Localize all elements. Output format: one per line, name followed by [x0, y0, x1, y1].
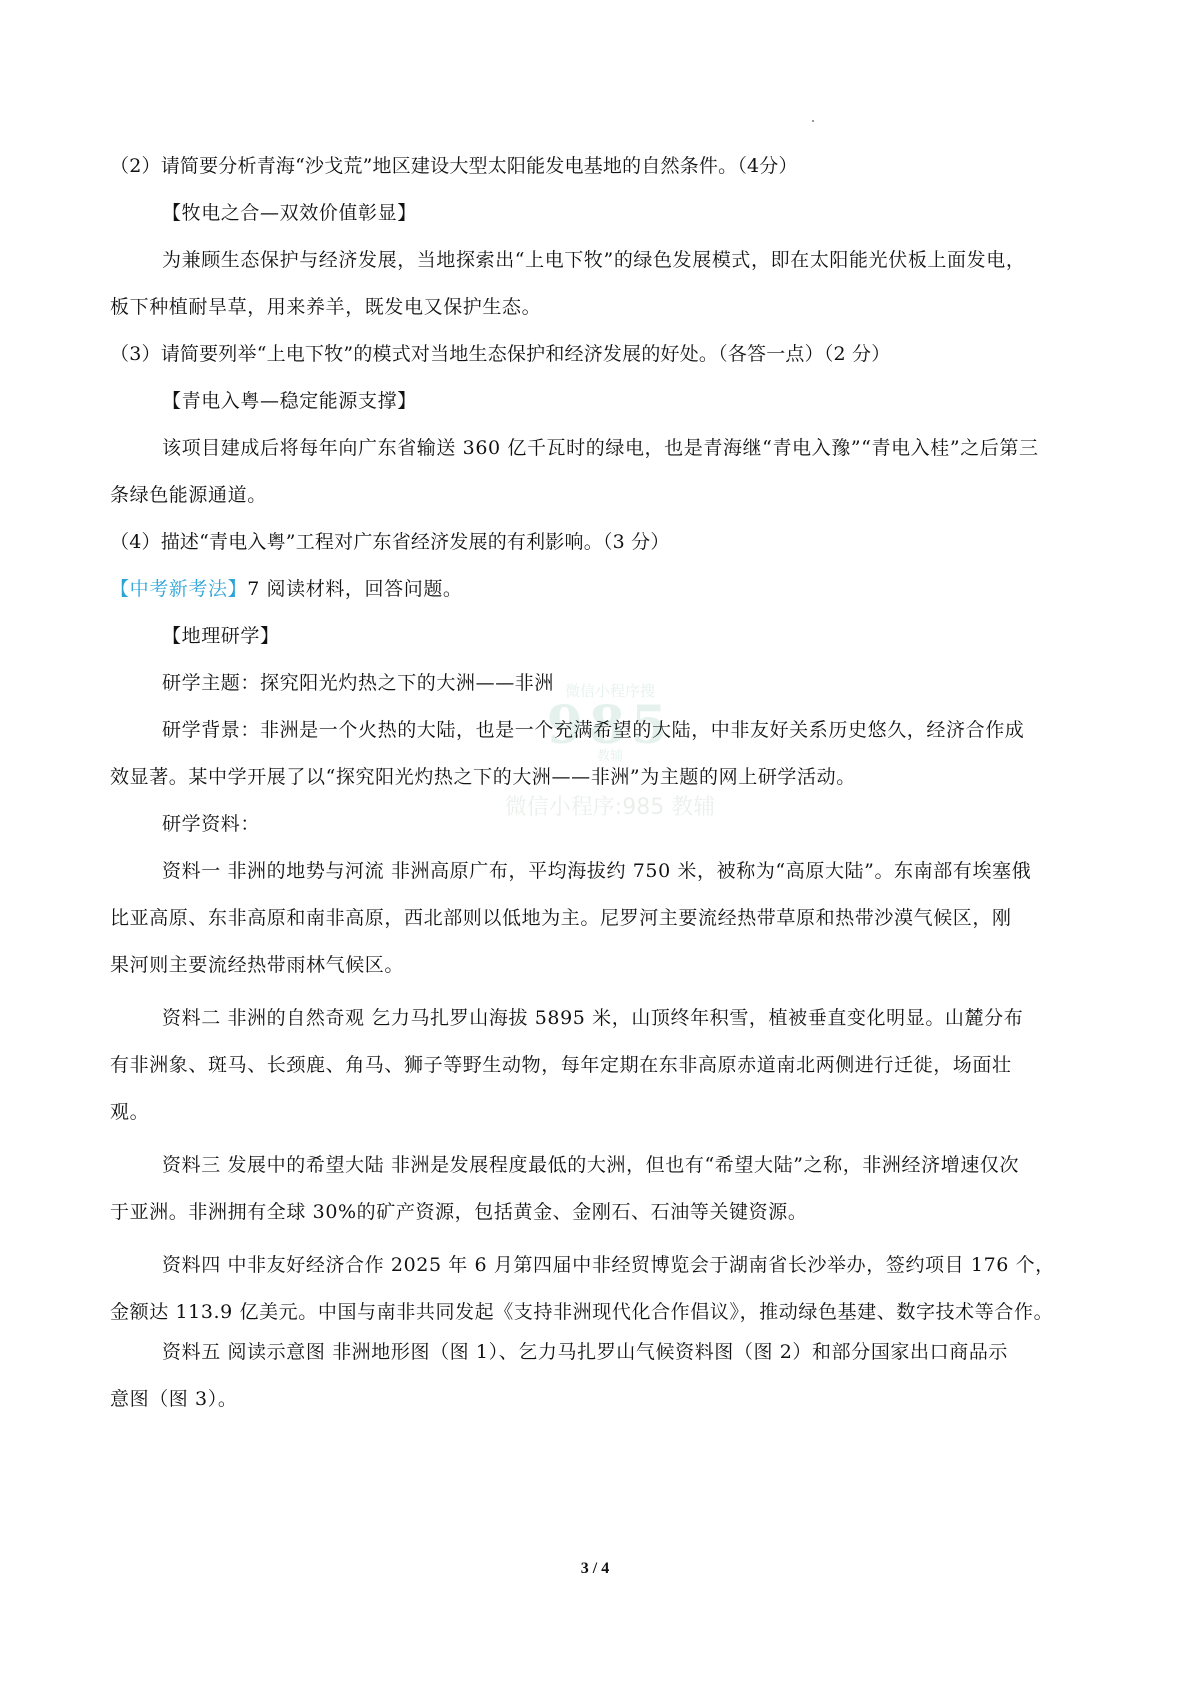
study-materials-label: 研学资料： — [162, 811, 260, 837]
material-1: 资料一 非洲的地势与河流 非洲高原广布，平均海拔约 750 米，被称为“高原大陆… — [162, 858, 1031, 884]
study-background: 效显著。某中学开展了以“探究阳光灼热之下的大洲——非洲”为主题的网上研学活动。 — [110, 764, 856, 790]
study-background: 研学背景：非洲是一个火热的大陆，也是一个充满希望的大陆，中非友好关系历史悠久，经… — [162, 717, 1024, 743]
material-3: 资料三 发展中的希望大陆 非洲是发展程度最低的大洲，但也有“希望大陆”之称，非洲… — [162, 1152, 1019, 1178]
question-7-text: 7 阅读材料，回答问题。 — [247, 578, 462, 600]
question-4: （4）描述“青电入粤”工程对广东省经济发展的有利影响。（3 分） — [110, 529, 670, 555]
watermark-bottom: 微信小程序:985 教辅 — [490, 790, 730, 821]
material-4: 资料四 中非友好经济合作 2025 年 6 月第四届中非经贸博览会于湖南省长沙举… — [162, 1252, 1055, 1278]
section-text: 条绿色能源通道。 — [110, 482, 267, 508]
page-number: 3 / 4 — [0, 1560, 1190, 1578]
watermark-sub: 教辅 — [560, 745, 660, 764]
material-2: 有非洲象、斑马、长颈鹿、角马、狮子等野生动物，每年定期在东非高原赤道南北两侧进行… — [110, 1052, 1012, 1078]
question-3: （3）请简要列举“上电下牧”的模式对当地生态保护和经济发展的好处。（各答一点）（… — [110, 341, 890, 367]
material-4: 金额达 113.9 亿美元。中国与南非共同发起《支持非洲现代化合作倡议》，推动绿… — [110, 1299, 1053, 1325]
speck-mark — [812, 120, 814, 122]
material-1: 比亚高原、东非高原和南非高原，西北部则以低地为主。尼罗河主要流经热带草原和热带沙… — [110, 905, 1012, 931]
material-1: 果河则主要流经热带雨林气候区。 — [110, 952, 404, 978]
exam-tag: 【中考新考法】 — [110, 578, 247, 600]
study-theme: 研学主题：探究阳光灼热之下的大洲——非洲 — [162, 670, 554, 696]
question-7: 【中考新考法】7 阅读材料，回答问题。 — [110, 576, 463, 602]
section-title-qinghai-guangdong: 【青电入粤—稳定能源支撑】 — [162, 388, 417, 414]
section-text: 板下种植耐旱草，用来养羊，既发电又保护生态。 — [110, 294, 541, 320]
section-title-grazing-power: 【牧电之合—双效价值彰显】 — [162, 200, 417, 226]
material-2: 资料二 非洲的自然奇观 乞力马扎罗山海拔 5895 米，山顶终年积雪，植被垂直变… — [162, 1005, 1023, 1031]
material-3: 于亚洲。非洲拥有全球 30%的矿产资源，包括黄金、金刚石、石油等关键资源。 — [110, 1199, 807, 1225]
question-2: （2）请简要分析青海“沙戈荒”地区建设大型太阳能发电基地的自然条件。（4分） — [110, 153, 798, 179]
material-2: 观。 — [110, 1099, 149, 1125]
material-5: 意图（图 3）。 — [110, 1386, 237, 1412]
section-text: 为兼顾生态保护与经济发展，当地探索出“上电下牧”的绿色发展模式，即在太阳能光伏板… — [162, 247, 1025, 273]
section-text: 该项目建成后将每年向广东省输送 360 亿千瓦时的绿电，也是青海继“青电入豫”“… — [162, 435, 1039, 461]
study-title: 【地理研学】 — [162, 623, 280, 649]
material-5: 资料五 阅读示意图 非洲地形图（图 1）、乞力马扎罗山气候资料图（图 2）和部分… — [162, 1339, 1008, 1365]
